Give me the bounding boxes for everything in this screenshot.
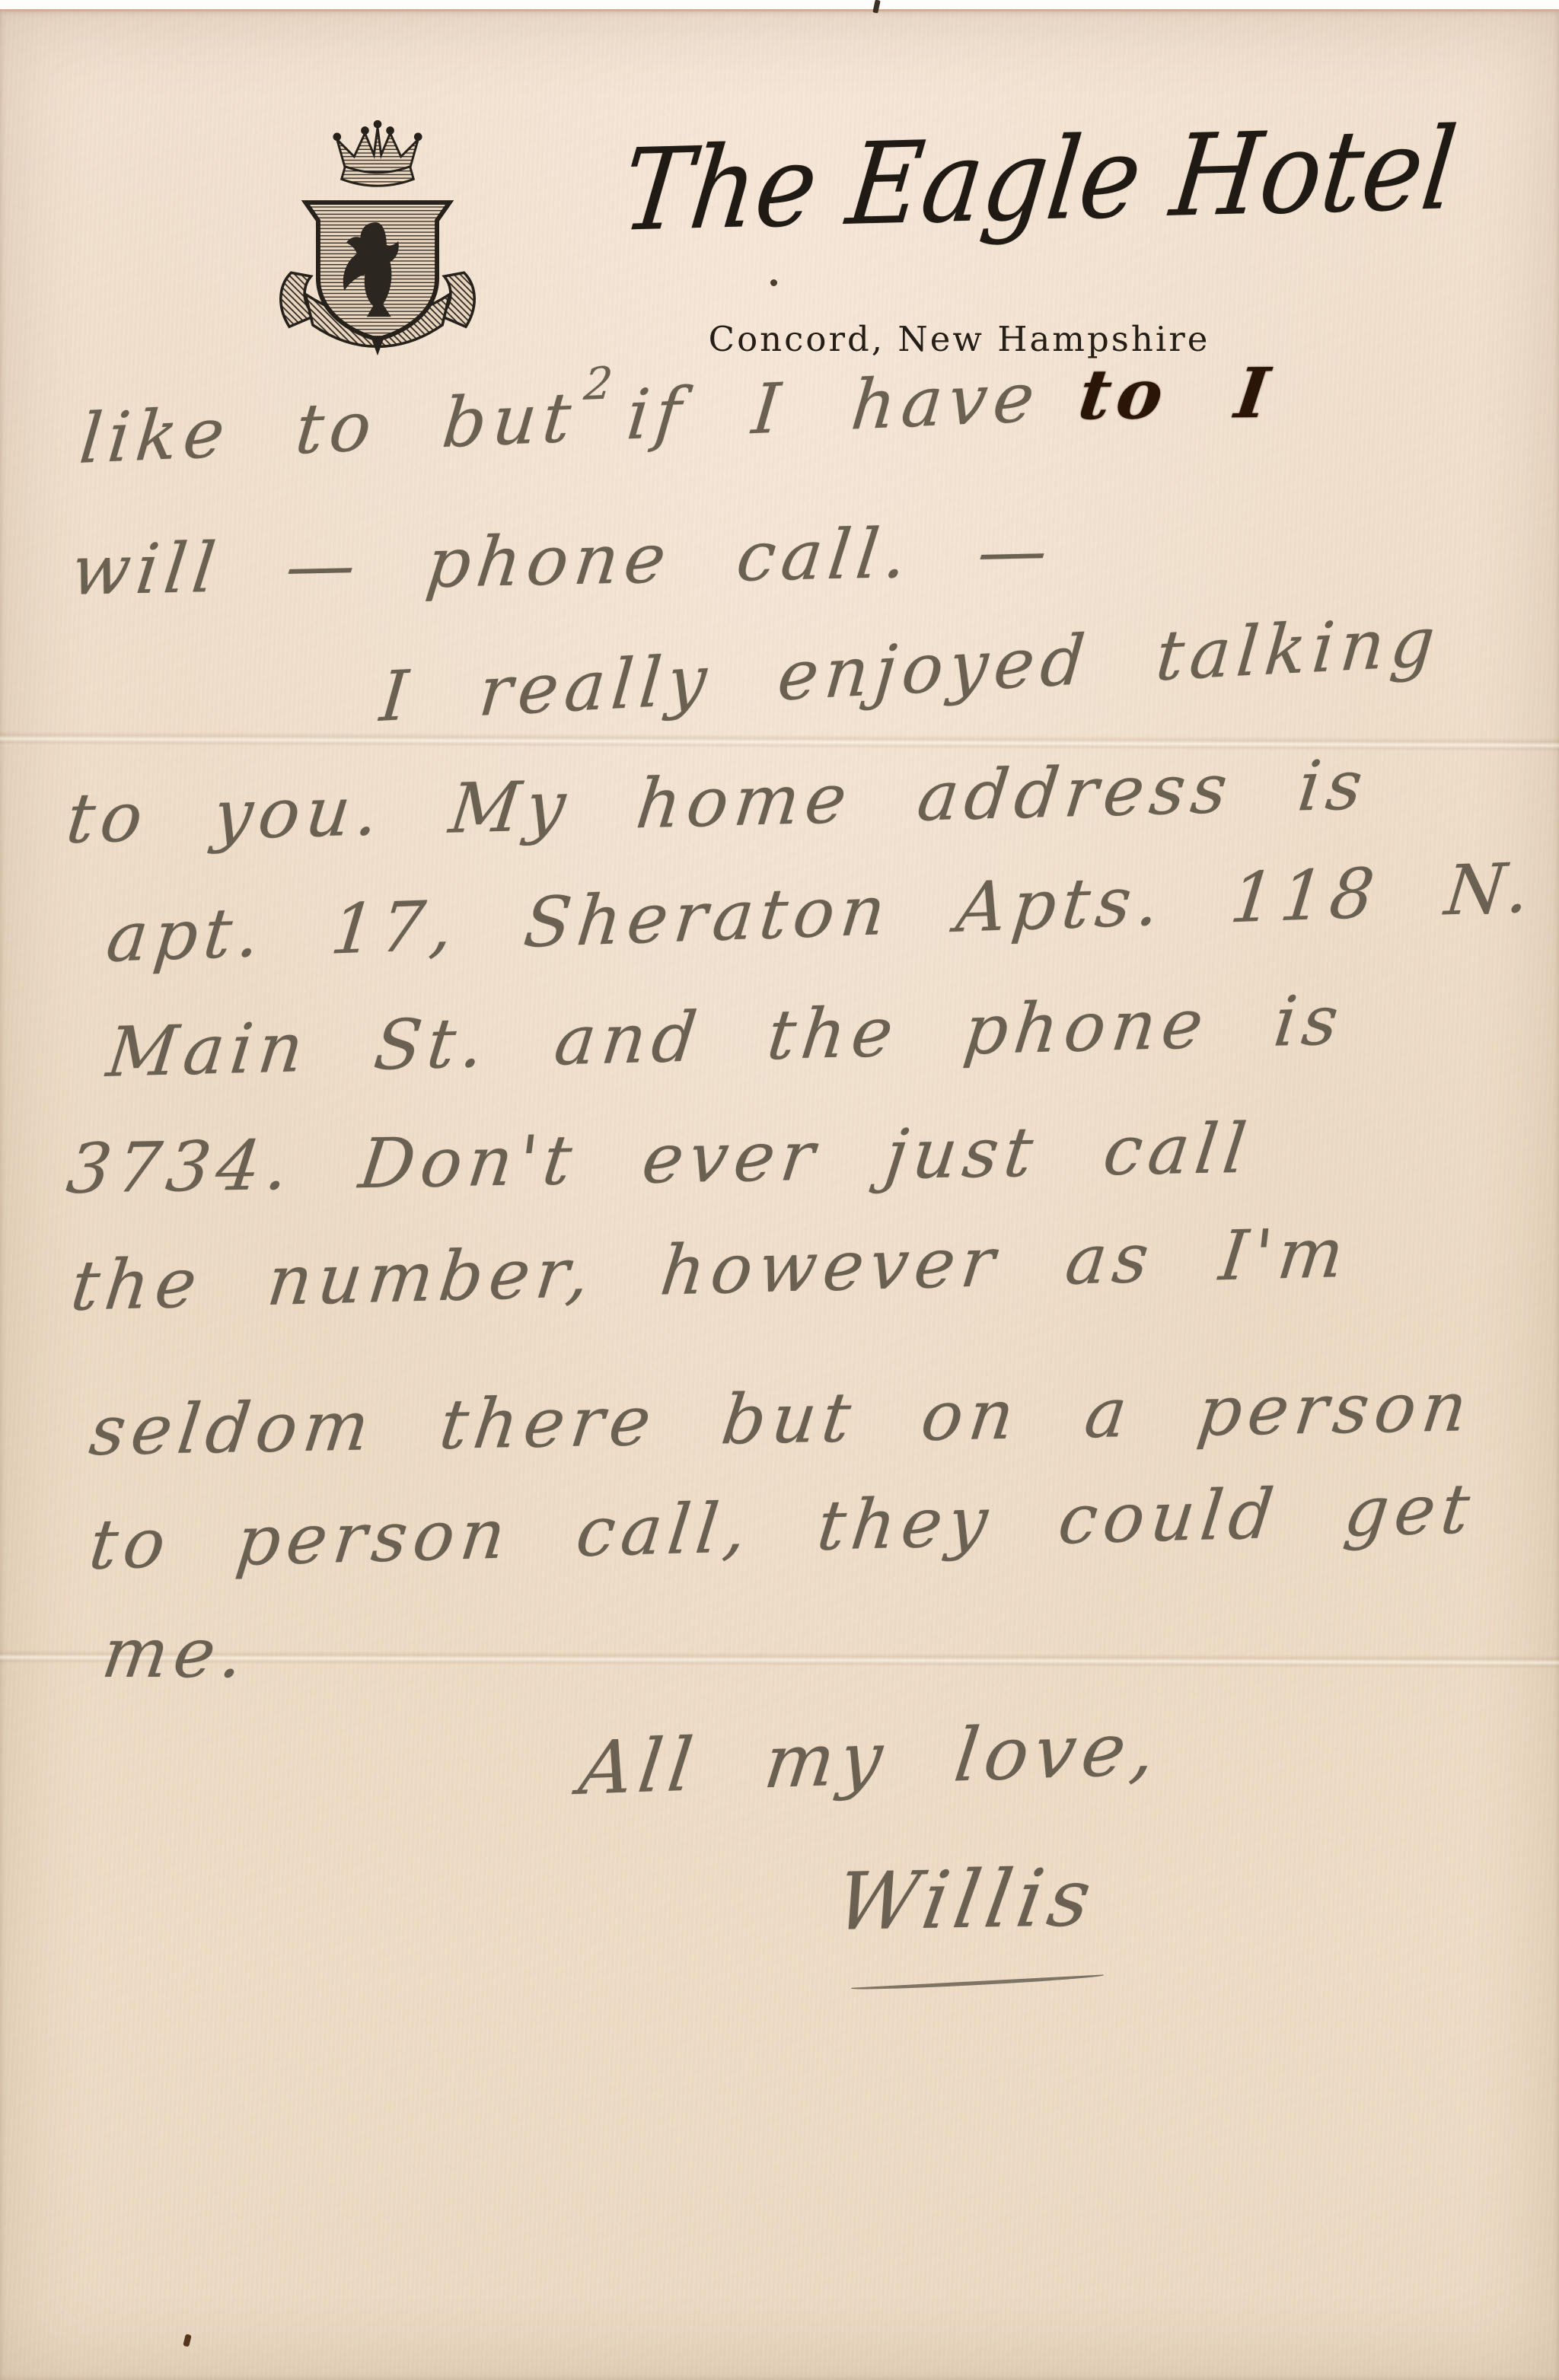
scanned-letter-page: { "letterhead": { "hotel_name": "The Eag… [0, 0, 1559, 2380]
handwritten-line-9: seldom there but on a person [85, 1366, 1478, 1473]
ink-speck [183, 2334, 192, 2347]
signature: Willis [830, 1850, 1103, 1950]
line1-text-a: like to but [76, 378, 580, 480]
letter-paper: The Eagle Hotel Concord, New Hampshire l… [0, 9, 1559, 2380]
crest-crown [333, 120, 422, 186]
line1-dark-insertion: to I [1074, 352, 1280, 436]
handwritten-line-2: will — phone call. — [67, 510, 1058, 613]
handwritten-line-5: apt. 17, Sheraton Apts. 118 N. [103, 847, 1539, 980]
handwritten-line-6: Main St. and the phone is [103, 980, 1348, 1094]
handwritten-line-10: to person call, they could get [85, 1468, 1480, 1587]
handwritten-line-7: 3734. Don't ever just call [62, 1108, 1257, 1211]
closing-valediction: All my love, [575, 1705, 1166, 1813]
ink-dot [770, 279, 777, 286]
hotel-name: The Eagle Hotel [616, 107, 1302, 256]
handwritten-line-4: to you. My home address is [62, 744, 1372, 861]
handwritten-line-1: like to but2if I haveto I [76, 346, 1279, 481]
line1-superscript: 2 [582, 357, 621, 412]
hotel-crest-icon [274, 109, 481, 365]
line1-text-b: if I have [623, 357, 1044, 455]
handwritten-line-8: the number, however as I'm [67, 1212, 1354, 1328]
signature-underline-flourish [851, 1974, 1104, 1991]
handwritten-line-11: me. [97, 1613, 254, 1695]
handwritten-line-3: I really enjoyed talking [377, 601, 1444, 739]
